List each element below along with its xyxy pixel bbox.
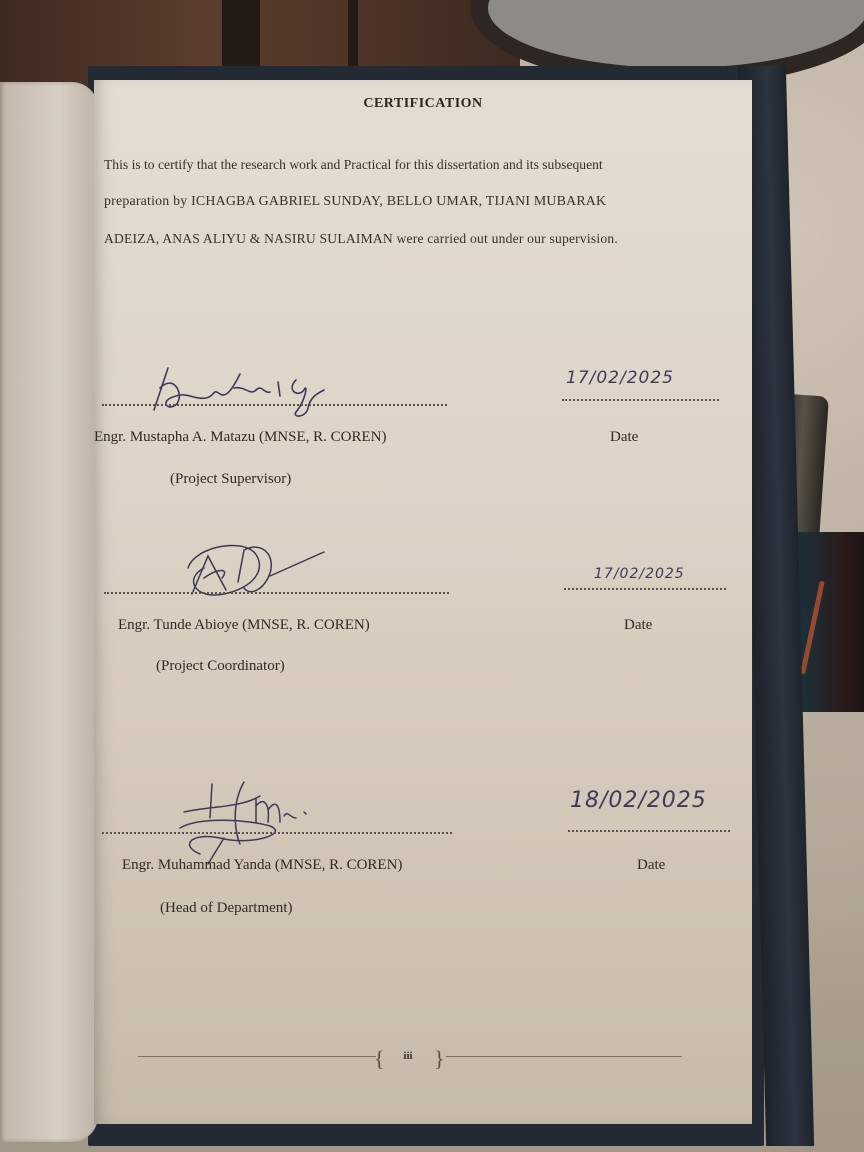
page-title: CERTIFICATION (94, 96, 752, 112)
furniture-leg (348, 0, 358, 70)
page-number: iii (396, 1050, 420, 1062)
page-stack-left (0, 82, 98, 1142)
certification-page: CERTIFICATION This is to certify that th… (94, 80, 752, 1124)
paragraph-line: This is to certify that the research wor… (104, 146, 734, 183)
signatory-name: Engr. Muhammad Yanda (MNSE, R. COREN) (122, 857, 402, 874)
signatory-role: (Head of Department) (160, 900, 292, 917)
signatory-name: Engr. Tunde Abioye (MNSE, R. COREN) (118, 617, 370, 634)
date-line (568, 830, 730, 832)
page-footer: { iii } (94, 1042, 752, 1072)
date-label: Date (624, 617, 652, 634)
handwritten-signature-icon (146, 360, 386, 420)
date-label: Date (637, 857, 665, 874)
date-line (562, 399, 719, 401)
signature-line (102, 832, 452, 834)
signatory-role: (Project Coordinator) (156, 658, 285, 675)
signature-line (102, 404, 447, 406)
handwritten-signature-icon (160, 776, 360, 866)
handwritten-signature-icon (174, 538, 334, 608)
paragraph-line: ADEIZA, ANAS ALIYU & NASIRU SULAIMAN wer… (104, 220, 734, 257)
footer-rule-right (446, 1056, 682, 1057)
date-line (564, 588, 726, 590)
signatory-name: Engr. Mustapha A. Matazu (MNSE, R. COREN… (94, 429, 386, 446)
paragraph-line: preparation by ICHAGBA GABRIEL SUNDAY, B… (104, 183, 734, 220)
signature-line (104, 592, 449, 594)
footer-brace-right: } (434, 1046, 445, 1072)
signatory-role: (Project Supervisor) (170, 471, 291, 488)
handwritten-date: 17/02/2025 (594, 566, 685, 582)
certification-paragraph: This is to certify that the research wor… (104, 146, 734, 257)
handwritten-date: 17/02/2025 (566, 368, 674, 388)
date-label: Date (610, 429, 638, 446)
footer-rule-left (138, 1056, 376, 1057)
footer-brace-left: { (374, 1046, 385, 1072)
handwritten-date: 18/02/2025 (570, 788, 707, 813)
